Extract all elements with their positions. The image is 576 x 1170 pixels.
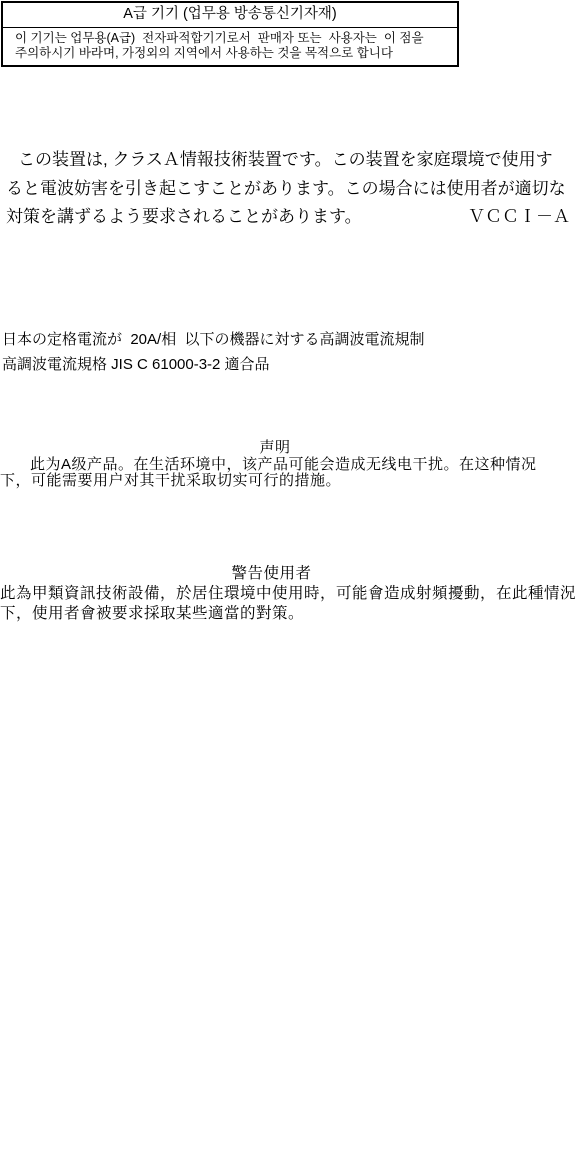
vcci-line-1: この装置は, クラスＡ情報技術装置です。この装置を家庭環境で使用す [6, 146, 570, 175]
korean-notice-body-line-1: 이 기기는 업무용(A급) 전자파적합기기로서 판매자 또는 사용자는 이 점을 [15, 31, 453, 46]
chinese-traditional-title: 警告使用者 [0, 564, 543, 584]
korean-class-a-notice-table: A급 기기 (업무용 방송통신기자재) 이 기기는 업무용(A급) 전자파적합기… [1, 1, 459, 67]
chinese-simplified-notice: 声明 此为A级产品。在生活环境中，该产品可能会造成无线电干扰。在这种情况 下，可… [0, 440, 576, 490]
vcci-last-row: 対策を講ずるよう要求されることがあります。 ＶＣＣＩ－Ａ [6, 203, 570, 232]
korean-notice-body: 이 기기는 업무용(A급) 전자파적합기기로서 판매자 또는 사용자는 이 점을… [3, 28, 457, 65]
chinese-simplified-title: 声明 [0, 440, 550, 457]
harmonics-line-2: 高調波電流規格 JIS C 61000-3-2 適合品 [2, 352, 572, 377]
japanese-vcci-notice: この装置は, クラスＡ情報技術装置です。この装置を家庭環境で使用す ると電波妨害… [6, 146, 570, 232]
regulatory-notices-page: A급 기기 (업무용 방송통신기자재) 이 기기는 업무용(A급) 전자파적합기… [0, 0, 576, 1170]
chinese-traditional-body-line-2: 下，使用者會被要求採取某些適當的對策。 [0, 604, 576, 624]
vcci-a-mark: ＶＣＣＩ－Ａ [468, 203, 570, 232]
japanese-harmonics-notice: 日本の定格電流が 20A/相 以下の機器に対する高調波電流規制 高調波電流規格 … [2, 327, 572, 377]
vcci-line-3: 対策を講ずるよう要求されることがあります。 [6, 203, 362, 232]
chinese-simplified-body-line-2: 下，可能需要用户对其干扰采取切实可行的措施。 [0, 473, 576, 490]
chinese-simplified-body-line-1: 此为A级产品。在生活环境中，该产品可能会造成无线电干扰。在这种情况 [0, 457, 576, 474]
korean-notice-header: A급 기기 (업무용 방송통신기자재) [3, 3, 457, 28]
korean-notice-body-line-2: 주의하시기 바라며, 가정외의 지역에서 사용하는 것을 목적으로 합니다 [15, 46, 453, 61]
chinese-traditional-notice: 警告使用者 此為甲類資訊技術設備，於居住環境中使用時，可能會造成射頻擾動，在此種… [0, 564, 576, 624]
harmonics-line-1: 日本の定格電流が 20A/相 以下の機器に対する高調波電流規制 [2, 327, 572, 352]
vcci-line-2: ると電波妨害を引き起こすことがあります。この場合には使用者が適切な [6, 175, 570, 204]
chinese-traditional-body-line-1: 此為甲類資訊技術設備，於居住環境中使用時，可能會造成射頻擾動，在此種情況 [0, 584, 576, 604]
